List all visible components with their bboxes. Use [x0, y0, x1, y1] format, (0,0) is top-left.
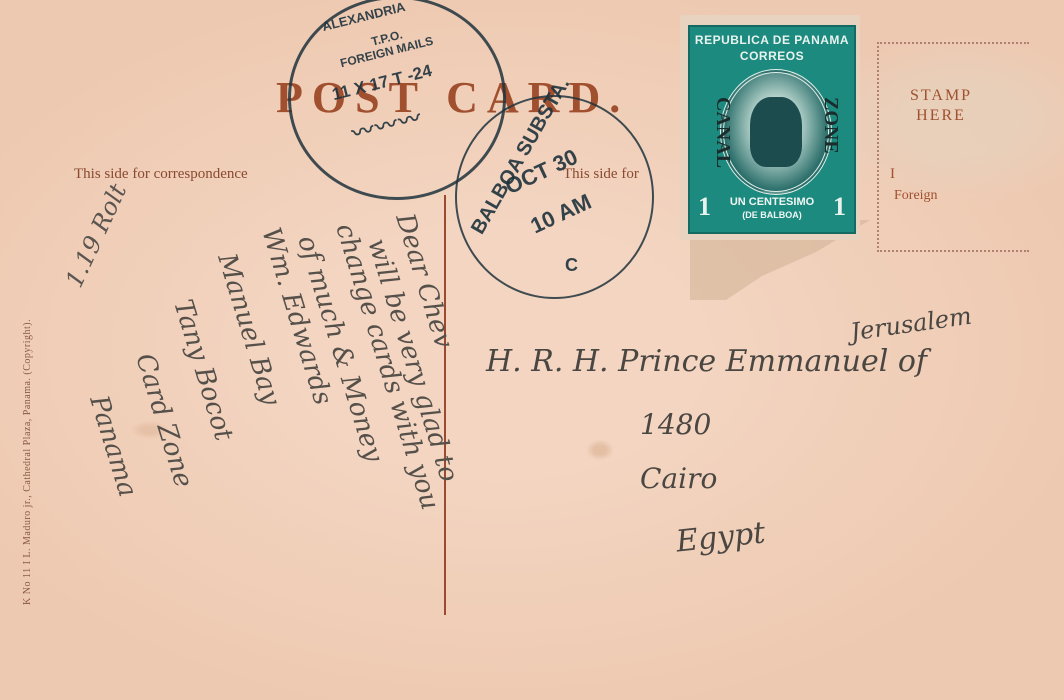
balboa-portrait-icon: [750, 97, 802, 167]
stamp-portrait-frame: [720, 69, 832, 195]
address-line-2: 1480: [640, 408, 711, 441]
stamp-overprint-left: CANAL: [711, 97, 734, 168]
stamp-value-text: UN CENTESIMO: [690, 196, 854, 208]
postmark-code: C: [565, 255, 578, 276]
postmark-time: 10 AM: [527, 189, 596, 240]
stamp-placement-box: [877, 42, 1029, 252]
margin-note: 1.19 Rolt: [60, 179, 132, 291]
publisher-imprint: K No 11 I L. Maduro jr., Cathedral Plaza…: [22, 319, 33, 605]
address-line-4: Egypt: [674, 515, 766, 559]
stamp-overprint-right: ZONE: [819, 97, 842, 154]
message-line: Panama: [83, 392, 142, 500]
stamp-box-label: STAMP HERE: [910, 86, 972, 126]
center-divider-line: [444, 195, 446, 615]
stamp-box-sub1: I: [890, 166, 895, 183]
stamp-value-subtext: (DE BALBOA): [690, 210, 854, 220]
postmark-arabic-text: 〰〰〰: [348, 101, 425, 149]
address-line-3: Cairo: [640, 462, 717, 495]
postmark-balboa: BALBOA SUBSTA. OCT 30 10 AM C: [455, 95, 654, 299]
address-line-1: H. R. H. Prince Emmanuel of: [486, 344, 927, 379]
correspondence-label: This side for correspondence: [74, 166, 248, 183]
postcard-back: POST CARD. This side for correspondence …: [0, 0, 1064, 700]
stamp-box-line1: STAMP: [910, 86, 972, 106]
address-insert: Jerusalem: [849, 302, 974, 347]
stamp-box-sub2: Foreign: [894, 188, 938, 204]
postage-stamp: REPUBLICA DE PANAMA CORREOS CANAL ZONE 1…: [680, 15, 860, 240]
stamp-box-line2: HERE: [910, 106, 972, 126]
stamp-design: REPUBLICA DE PANAMA CORREOS CANAL ZONE 1…: [688, 25, 856, 234]
stamp-service: CORREOS: [690, 49, 854, 63]
stamp-country: REPUBLICA DE PANAMA: [690, 33, 854, 47]
